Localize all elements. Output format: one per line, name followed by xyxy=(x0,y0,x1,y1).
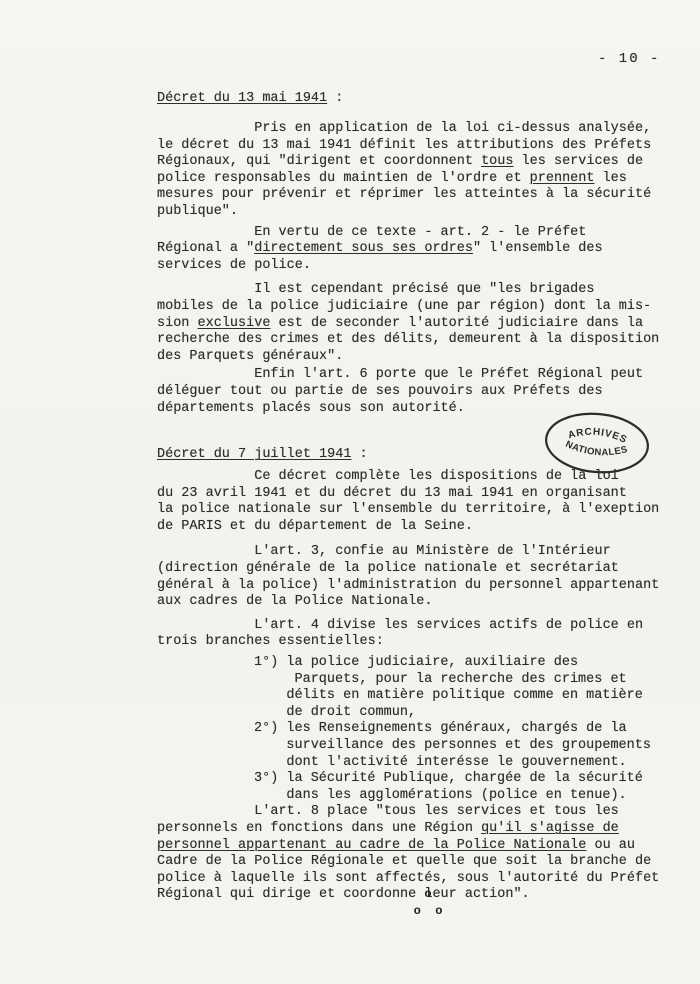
underlined-text-run: qu'il s'agisse de xyxy=(481,821,619,836)
scanned-document-page: - 10 - Décret du 13 mai 1941 : Pris en a… xyxy=(0,0,700,984)
paragraph-3: Il est cependant précisé que "les brigad… xyxy=(157,282,697,365)
text-run: L'art. 3, confie au Ministère de l'Intér… xyxy=(157,544,659,609)
text-run: 1°) la police judiciaire, auxiliaire des… xyxy=(254,655,651,803)
section1-heading: Décret du 13 mai 1941 : xyxy=(157,90,697,107)
paragraph-1: Pris en application de la loi ci-dessus … xyxy=(157,121,697,221)
section1-heading-text: Décret du 13 mai 1941 xyxy=(157,91,327,106)
numbered-list: 1°) la police judiciaire, auxiliaire des… xyxy=(254,655,697,804)
dot-top: o xyxy=(390,886,466,903)
section1-heading-colon: : xyxy=(327,91,343,106)
paragraph-6: L'art. 3, confie au Ministère de l'Intér… xyxy=(157,544,697,610)
document-body: Décret du 13 mai 1941 : Pris en applicat… xyxy=(157,90,697,904)
stamp-oval-border xyxy=(544,410,651,477)
underlined-text-run: directement sous ses ordres xyxy=(254,241,473,256)
underlined-text-run: exclusive xyxy=(198,316,271,331)
underlined-text-run: personnel appartenant au cadre de la Pol… xyxy=(157,838,586,853)
text-run: L'art. 4 divise les services actifs de p… xyxy=(157,618,643,650)
paragraph-2: En vertu de ce texte - art. 2 - le Préfe… xyxy=(157,225,697,275)
section2-heading-text: Décret du 7 juillet 1941 xyxy=(157,447,351,462)
underlined-text-run: tous xyxy=(481,154,513,169)
paragraph-7: L'art. 4 divise les services actifs de p… xyxy=(157,618,697,651)
underlined-text-run: prennent xyxy=(530,171,595,186)
dots-bottom: o o xyxy=(390,903,466,920)
archives-nationales-stamp: ARCHIVES NATIONALES xyxy=(534,398,661,488)
typed-end-dots: oo o xyxy=(390,886,466,920)
page-number: - 10 - xyxy=(598,51,660,67)
section2-heading-colon: : xyxy=(351,447,367,462)
